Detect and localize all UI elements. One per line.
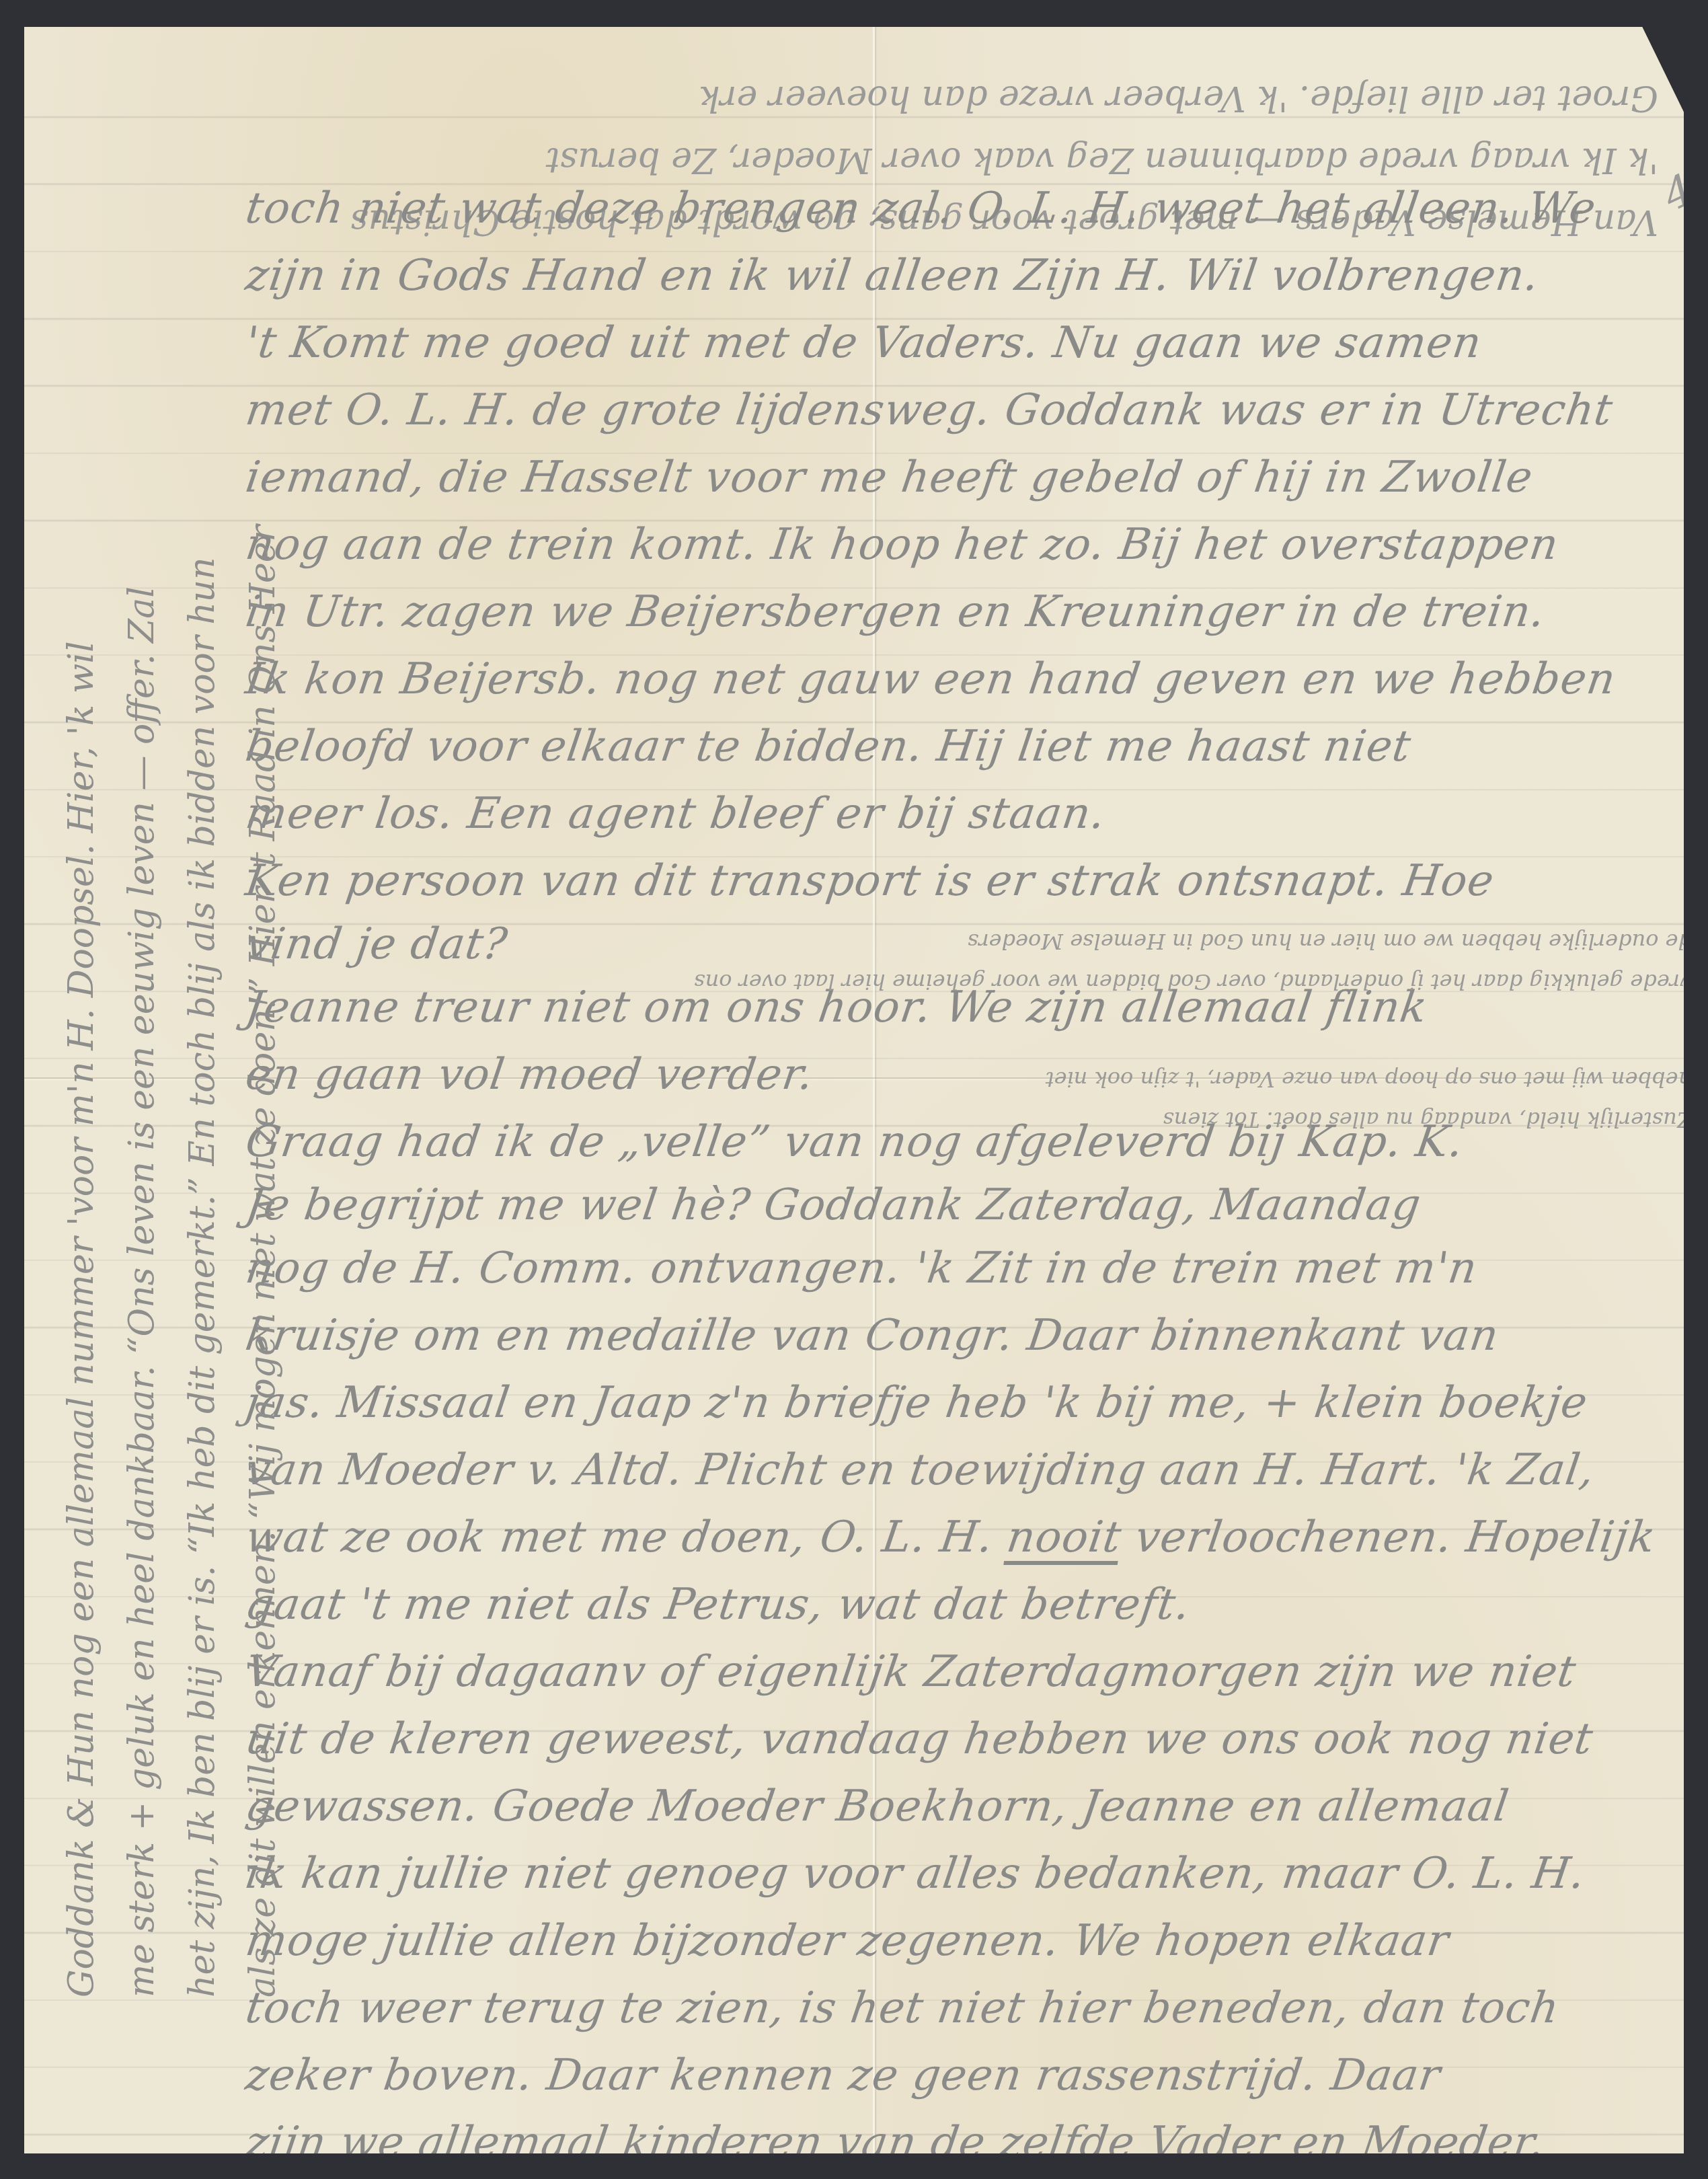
text-line: beloofd voor elkaar te bidden. Hij liet … bbox=[241, 713, 1649, 780]
margin-line: als ze dit willen erkennen. “Wij mogen n… bbox=[233, 182, 293, 1997]
text-line: uit de kleren geweest, vandaag hebben we… bbox=[241, 1706, 1649, 1773]
text-line: Ik kon Beijersb. nog net gauw een hand g… bbox=[241, 646, 1649, 713]
text-line: moge jullie allen bijzonder zegenen. We … bbox=[241, 1907, 1649, 1975]
text-line: nog aan de trein komt. Ik hoop het zo. B… bbox=[241, 511, 1649, 578]
upside-down-line: vrede gelukkig daar het ij onderlaand, o… bbox=[737, 962, 1692, 1002]
upside-down-insert-upper: vrede gelukkig daar het ij onderlaand, o… bbox=[737, 921, 1692, 1002]
text-line: met O. L. H. de grote lijdensweg. Goddan… bbox=[241, 377, 1649, 444]
page-number-mark: 4 bbox=[1656, 165, 1701, 221]
margin-line: me sterk + geluk en heel dankbaar. “Ons … bbox=[112, 182, 172, 1997]
text-line: zijn we allemaal kinderen van de zelfde … bbox=[241, 2109, 1649, 2176]
text-line-with-underline: wat ze ook met me doen, O. L. H. nooit v… bbox=[241, 1504, 1649, 1571]
text-line: Vanaf bij dagaanv of eigenlijk Zaterdagm… bbox=[241, 1638, 1649, 1706]
upside-down-insert-lower: Zusterlijk hield, vandaag nu alles doet.… bbox=[737, 1059, 1692, 1140]
text-line: ik kan jullie niet genoeg voor alles bed… bbox=[241, 1840, 1649, 1907]
upside-down-line: hebben wij met ons op hoop van onze Vade… bbox=[737, 1059, 1692, 1100]
text-line: wat ze ook met me doen, O. L. H. nooit v… bbox=[243, 1513, 1659, 1562]
text-line: toch niet wat deze brengen zal. O. L. H.… bbox=[241, 175, 1649, 242]
text-line: gaat 't me niet als Petrus, wat dat betr… bbox=[241, 1571, 1649, 1638]
margin-line: het zijn, Ik ben blij er is. “Ik heb dit… bbox=[172, 182, 233, 1997]
upside-down-line: Groet ter alle liefde. 'k Verbeer vreze … bbox=[179, 67, 1658, 129]
text-line: Ken persoon van dit transport is er stra… bbox=[241, 847, 1649, 915]
left-margin-rotated-text: Goddank & Hun nog een allemaal nummer 'v… bbox=[51, 182, 293, 1997]
underlined-word: nooit bbox=[1004, 1513, 1125, 1562]
margin-line: Goddank & Hun nog een allemaal nummer 'v… bbox=[51, 182, 112, 1997]
text-line: in Utr. zagen we Beijersbergen en Kreuni… bbox=[241, 578, 1649, 646]
text-line: nog de H. Comm. ontvangen. 'k Zit in de … bbox=[241, 1235, 1649, 1302]
text-line: 't Komt me goed uit met de Vaders. Nu ga… bbox=[241, 309, 1649, 377]
text-line: kruisje om en medaille van Congr. Daar b… bbox=[241, 1302, 1649, 1369]
text-line: zijn in Gods Hand en ik wil alleen Zijn … bbox=[241, 242, 1649, 309]
text-line: toch weer terug te zien, is het niet hie… bbox=[241, 1975, 1649, 2042]
text-line: zeker boven. Daar kennen ze geen rassens… bbox=[241, 2042, 1649, 2109]
letter-page: 4 Van Hemelse Vaders — met groet voor ga… bbox=[24, 27, 1684, 2153]
text-line: meer los. Een agent bleef er bij staan. bbox=[241, 780, 1649, 847]
text-line: gewassen. Goede Moeder Boekhorn, Jeanne … bbox=[241, 1773, 1649, 1840]
text-line: jas. Missaal en Jaap z'n briefje heb 'k … bbox=[241, 1369, 1649, 1437]
upside-down-line: de ouderlijke hebben we om hier en hun G… bbox=[737, 921, 1692, 962]
text-line: iemand, die Hasselt voor me heeft gebeld… bbox=[241, 444, 1649, 511]
text-line: Je begrijpt me wel hè? Goddank Zaterdag,… bbox=[242, 1176, 1649, 1235]
text-line: van Moeder v. Altd. Plicht en toewijding… bbox=[241, 1437, 1649, 1504]
letter-body: toch niet wat deze brengen zal. O. L. H.… bbox=[246, 175, 1645, 2176]
upside-down-line: Zusterlijk hield, vandaag nu alles doet.… bbox=[737, 1100, 1692, 1140]
